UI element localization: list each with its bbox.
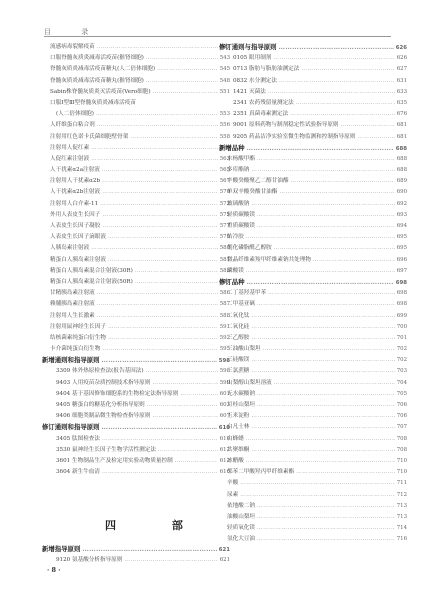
toc-entry-title: 0713 脂肪与脂肪油测定法 bbox=[233, 64, 299, 75]
toc-page-number: 681 bbox=[397, 120, 407, 131]
leader-dots bbox=[274, 378, 395, 389]
toc-entry-title: 轻质氧化镁 bbox=[227, 523, 255, 534]
toc-entry-title: 注射用人生长激素 bbox=[50, 311, 95, 322]
leader-dots bbox=[257, 389, 395, 400]
toc-entry-title: 人纤维蛋白粘合剂 bbox=[50, 120, 95, 131]
toc-entry-title: 2351 真菌毒素测定法 bbox=[233, 109, 288, 120]
leader-dots bbox=[130, 132, 217, 143]
leader-dots bbox=[357, 132, 394, 143]
leader-dots bbox=[153, 87, 218, 98]
toc-entry[interactable]: 二氧化硅700 bbox=[227, 322, 407, 333]
toc-page-number: 714 bbox=[397, 523, 407, 534]
toc-entry-title: 三硅酸镁 bbox=[227, 355, 249, 366]
toc-entry-title: 白凡士林 bbox=[227, 422, 249, 433]
toc-entry-title: 精蛋白人胰岛素混合注射液(50R) bbox=[50, 277, 133, 288]
leader-dots bbox=[91, 243, 218, 254]
toc-page-number: 631 bbox=[397, 76, 407, 87]
toc-page-number: 712 bbox=[397, 490, 407, 501]
leader-dots bbox=[257, 221, 395, 232]
toc-entry-title: 口服脊髓灰质炎减毒活疫苗(猴肾细胞) bbox=[50, 53, 144, 64]
leader-dots bbox=[146, 76, 218, 87]
toc-page-number: 633 bbox=[397, 87, 407, 98]
toc-entry-title: 9403 人用疫苗杂质控制技术指导原则 bbox=[56, 378, 150, 389]
toc-entry-title: 人胰岛素注射液 bbox=[50, 243, 89, 254]
toc-entry-title: 2341 农药残留量测定法 bbox=[233, 98, 294, 109]
toc-entry-title: 修订通则和指导原则 bbox=[42, 422, 100, 433]
toc-page-number: 676 bbox=[397, 109, 407, 120]
toc-entry[interactable]: 多库酯钠688 bbox=[227, 165, 407, 176]
toc-entry-title: 流感病毒裂解疫苗 bbox=[50, 42, 95, 53]
toc-entry[interactable]: 9001 原料药物与制剂稳定性试验指导原则681 bbox=[227, 120, 407, 131]
toc-page-number: 706 bbox=[397, 411, 407, 422]
toc-page-number: 690 bbox=[397, 187, 407, 198]
toc-entry[interactable]: 口服脊髓灰质炎减毒活疫苗(猴肾细胞)543 bbox=[50, 53, 230, 64]
toc-entry-title: 轻质碳酸镁 bbox=[227, 210, 255, 221]
toc-entry[interactable]: 玻璃酸钠692 bbox=[227, 199, 407, 210]
leader-dots bbox=[147, 400, 218, 411]
toc-entry[interactable]: 油酸山梨坦713 bbox=[227, 512, 407, 523]
toc-entry-title: Sabin株脊髓灰质炎灭活疫苗(Vero细胞) bbox=[50, 87, 151, 98]
toc-entry[interactable]: 9404 基于基因修饰细胞系的生物检定法指导原则601 bbox=[50, 389, 230, 400]
leader-dots bbox=[152, 411, 217, 422]
toc-page-number: 702 bbox=[397, 355, 407, 366]
leader-dots bbox=[257, 154, 395, 165]
toc-page-number: 695 bbox=[397, 243, 407, 254]
toc-page-number: 702 bbox=[397, 344, 407, 355]
toc-entry-title: 9405 糖蛋白的糖基化分析指导原则 bbox=[56, 400, 145, 411]
toc-entry[interactable]: 氢化大豆油716 bbox=[227, 534, 407, 545]
toc-page-number: 696 bbox=[397, 255, 407, 266]
toc-entry-title: 划化磷脂酰乙醇胺 bbox=[227, 243, 272, 254]
toc-entry-title: 结核菌素纯蛋白衍生物 bbox=[50, 333, 106, 344]
leader-dots bbox=[108, 322, 218, 333]
toc-entry[interactable]: 人表皮生长因子滴眼液579 bbox=[50, 232, 230, 243]
leader-dots bbox=[146, 53, 218, 64]
leader-dots bbox=[257, 210, 395, 221]
toc-entry-title: 三乙醇胺 bbox=[227, 333, 249, 344]
toc-section-heading[interactable]: 新增品种688 bbox=[219, 143, 407, 154]
toc-section-heading[interactable]: 新增指导原则621 bbox=[42, 544, 230, 555]
toc-entry[interactable]: 微晶纤维素羧甲纤维素钠共处理物696 bbox=[227, 255, 407, 266]
toc-entry[interactable]: 三硅酸镁702 bbox=[227, 355, 407, 366]
toc-entry-title: 9205 药品洁净实验室微生物监测和控制指导原则 bbox=[233, 132, 355, 143]
leader-dots bbox=[257, 534, 395, 545]
toc-entry[interactable]: 0105 眼用制剂626 bbox=[227, 53, 407, 64]
toc-entry[interactable]: 磷酸镁697 bbox=[227, 266, 407, 277]
toc-entry[interactable]: 邻苯二甲酸羟丙甲纤维素酯710 bbox=[227, 467, 407, 478]
toc-entry[interactable]: 结核菌素纯蛋白衍生物592 bbox=[50, 333, 230, 344]
toc-entry-title: 玉米淀粉 bbox=[227, 411, 249, 422]
toc-entry-title: 人表皮生长因子滴眼液 bbox=[50, 232, 106, 243]
toc-entry-title: 3405 肽图检查法 bbox=[56, 434, 100, 445]
toc-entry-title: 微晶纤维素羧甲纤维素钠共处理物 bbox=[227, 255, 311, 266]
leader-dots bbox=[102, 187, 218, 198]
page-number: · 8 · bbox=[47, 566, 61, 574]
toc-entry[interactable]: 注射用红色诺卡氏菌细胞壁骨架558 bbox=[50, 132, 230, 143]
toc-entry-title: 9001 原料药物与制剂稳定性试验指导原则 bbox=[233, 120, 339, 131]
toc-entry[interactable]: 精蛋白人胰岛素注射液581 bbox=[50, 255, 230, 266]
toc-entry[interactable]: 流感病毒裂解疫苗541 bbox=[50, 42, 230, 53]
toc-entry-title: 依地酸二钠 bbox=[227, 501, 255, 512]
toc-page-number: 708 bbox=[397, 434, 407, 445]
leader-dots bbox=[82, 544, 216, 555]
leader-dots bbox=[279, 42, 394, 53]
toc-page-number: 627 bbox=[397, 64, 407, 75]
leader-dots bbox=[97, 299, 218, 310]
toc-section-heading[interactable]: 修订品种698 bbox=[219, 277, 407, 288]
toc-entry[interactable]: 白蜂蜡708 bbox=[227, 434, 407, 445]
leader-dots bbox=[246, 232, 395, 243]
toc-entry[interactable]: 山梨醇山梨坦溶液704 bbox=[227, 378, 407, 389]
toc-entry[interactable]: 注射用人白介素-11572 bbox=[50, 199, 230, 210]
toc-entry[interactable]: 1421 灭菌法633 bbox=[227, 87, 407, 98]
toc-entry-title: 精蛋白人胰岛素混合注射液(30R) bbox=[50, 266, 133, 277]
leader-dots bbox=[124, 555, 217, 566]
leader-dots bbox=[257, 299, 395, 310]
toc-page-number: 704 bbox=[397, 378, 407, 389]
leader-dots bbox=[152, 378, 217, 389]
toc-entry[interactable]: 月桂山梨坦706 bbox=[227, 400, 407, 411]
toc-entry-title: 注射用红色诺卡氏菌细胞壁骨架 bbox=[50, 132, 128, 143]
leader-dots bbox=[268, 288, 395, 299]
toc-entry[interactable]: 注射用人生长激素588 bbox=[50, 311, 230, 322]
toc-entry-title: 注射用人干扰素α2b bbox=[50, 176, 100, 187]
toc-entry[interactable]: 人表皮生长因子凝胶577 bbox=[50, 221, 230, 232]
toc-entry[interactable]: 依地酸二钠713 bbox=[227, 501, 407, 512]
toc-entry[interactable]: 共聚维酮708 bbox=[227, 445, 407, 456]
toc-entry-title: 三氯蔗糖 bbox=[227, 366, 249, 377]
toc-entry[interactable]: 三氯蔗糖703 bbox=[227, 366, 407, 377]
leader-dots bbox=[102, 176, 218, 187]
toc-entry-title: 共聚维酮 bbox=[227, 445, 249, 456]
toc-entry-title: 甘精胰岛素注射液 bbox=[50, 288, 95, 299]
leader-dots bbox=[291, 176, 395, 187]
toc-entry-title: 人干扰素α2b注射液 bbox=[50, 187, 100, 198]
toc-entry[interactable]: 3405 肽图检查法610 bbox=[50, 434, 230, 445]
leader-dots bbox=[108, 255, 218, 266]
leader-dots bbox=[157, 64, 218, 75]
leader-dots bbox=[97, 42, 218, 53]
toc-entry[interactable]: Sabin株脊髓灰质炎灭活疫苗(Vero细胞)551 bbox=[50, 87, 230, 98]
leader-dots bbox=[91, 143, 218, 154]
toc-entry-title: 冰醋酸 bbox=[227, 456, 244, 467]
toc-entry[interactable]: (人二倍体细胞)553 bbox=[50, 109, 230, 120]
toc-page-number: 710 bbox=[397, 456, 407, 467]
toc-entry-title: 0832 水分测定法 bbox=[233, 76, 277, 87]
leader-dots bbox=[97, 288, 218, 299]
toc-entry[interactable]: 三油酸山梨坦702 bbox=[227, 344, 407, 355]
toc-entry-title: 二氧化钛 bbox=[227, 311, 249, 322]
header-rule bbox=[44, 36, 391, 37]
toc-page-number: 692 bbox=[397, 199, 407, 210]
toc-page-number: 708 bbox=[397, 445, 407, 456]
leader-dots bbox=[246, 434, 395, 445]
toc-entry[interactable]: 口服Ⅰ型Ⅲ型脊髓灰质炎减毒活疫苗 bbox=[50, 98, 230, 109]
toc-entry[interactable]: 精蛋白人胰岛素混合注射液(50R)584 bbox=[50, 277, 230, 288]
toc-entry[interactable]: 注射用人促红素560 bbox=[50, 143, 230, 154]
leader-dots bbox=[240, 490, 395, 501]
toc-entry-title: 三油酸山梨坦 bbox=[227, 344, 261, 355]
leader-dots bbox=[108, 333, 218, 344]
toc-entry-title: 油酸山梨坦 bbox=[227, 512, 255, 523]
toc-page-number: 681 bbox=[397, 132, 407, 143]
toc-entry[interactable]: 0713 脂肪与脂肪油测定法627 bbox=[227, 64, 407, 75]
toc-entry[interactable]: 二丁基羟基甲苯698 bbox=[227, 288, 407, 299]
toc-entry[interactable]: 卡介菌纯蛋白衍生物595 bbox=[50, 344, 230, 355]
toc-entry[interactable]: 脊髓灰质炎减毒活疫苗糖丸(人二倍体细胞)545 bbox=[50, 64, 230, 75]
toc-entry[interactable]: 水杨酸甲酯688 bbox=[227, 154, 407, 165]
toc-entry[interactable]: 9205 药品洁净实验室微生物监测和控制指导原则681 bbox=[227, 132, 407, 143]
toc-entry[interactable]: 赖脯胰岛素注射液587 bbox=[50, 299, 230, 310]
leader-dots bbox=[180, 389, 217, 400]
toc-entry[interactable]: 3601 生物制品生产及检定用实验动物质量控制612 bbox=[50, 456, 230, 467]
leader-dots bbox=[246, 456, 395, 467]
toc-right-column: 修订通则与指导原则6260105 眼用制剂6260713 脂肪与脂肪油测定法62… bbox=[227, 42, 407, 545]
toc-entry-title: 9404 基于基因修饰细胞系的生物检定法指导原则 bbox=[56, 389, 178, 400]
leader-dots bbox=[251, 322, 394, 333]
toc-entry-title: 卡介菌纯蛋白衍生物 bbox=[50, 344, 100, 355]
toc-entry-title: 白蜂蜡 bbox=[227, 434, 244, 445]
leader-dots bbox=[296, 467, 395, 478]
toc-entry[interactable]: 重质碳酸镁694 bbox=[227, 221, 407, 232]
toc-entry-title: 二氧化硅 bbox=[227, 322, 249, 333]
leader-dots bbox=[251, 333, 394, 344]
leader-dots bbox=[257, 523, 395, 534]
toc-entry-title: 二甲基亚砜 bbox=[227, 299, 255, 310]
toc-page-number: 710 bbox=[397, 467, 407, 478]
toc-entry-title: 玻璃酸钠 bbox=[227, 199, 249, 210]
leader-dots bbox=[91, 154, 218, 165]
leader-dots bbox=[135, 266, 218, 277]
toc-page-number: 688 bbox=[397, 165, 407, 176]
toc-page-number: 706 bbox=[397, 400, 407, 411]
toc-part4-entries: 新增指导原则6219120 氨基酸分析指导原则621 bbox=[50, 544, 230, 566]
toc-entry-title: 精蛋白人胰岛素注射液 bbox=[50, 255, 106, 266]
toc-entry[interactable]: 冰醋酸710 bbox=[227, 456, 407, 467]
toc-page-number: 693 bbox=[397, 210, 407, 221]
toc-entry[interactable]: 3309 体外热原检查法(报告基因法)598 bbox=[50, 366, 230, 377]
toc-entry[interactable]: 9406 细胞类制品微生物检查指导原则607 bbox=[50, 411, 230, 422]
toc-entry[interactable]: 人干扰素α2b注射液570 bbox=[50, 187, 230, 198]
toc-page-number: 689 bbox=[397, 176, 407, 187]
toc-section-heading[interactable]: 修订通则与指导原则626 bbox=[219, 42, 407, 53]
leader-dots bbox=[102, 165, 218, 176]
toc-entry[interactable]: 2341 农药残留量测定法635 bbox=[227, 98, 407, 109]
toc-entry[interactable]: 0832 水分测定法631 bbox=[227, 76, 407, 87]
leader-dots bbox=[102, 221, 217, 232]
leader-dots bbox=[257, 501, 395, 512]
toc-entry[interactable]: 辛酸癸酸聚乙二醇甘油酯689 bbox=[227, 176, 407, 187]
toc-entry[interactable]: 9120 氨基酸分析指导原则621 bbox=[50, 555, 230, 566]
leader-dots bbox=[251, 422, 394, 433]
leader-dots bbox=[251, 311, 394, 322]
toc-page-number: 688 bbox=[397, 154, 407, 165]
toc-entry[interactable]: 3530 鼠神经生长因子生物学活性测定法612 bbox=[50, 445, 230, 456]
toc-entry[interactable]: 9405 糖蛋白的糖基化分析指导原则603 bbox=[50, 400, 230, 411]
toc-entry-title: 人促红素注射液 bbox=[50, 154, 89, 165]
toc-entry-title: 单双辛酸癸酸甘油酯 bbox=[227, 187, 277, 198]
toc-entry-title: 新增通则和指导原则 bbox=[42, 355, 100, 366]
toc-page-number: 705 bbox=[397, 389, 407, 400]
leader-dots bbox=[102, 344, 217, 355]
toc-page-number: 707 bbox=[397, 422, 407, 433]
toc-entry-title: 邻苯二甲酸羟丙甲纤维素酯 bbox=[227, 467, 294, 478]
toc-entry-title: 无水碳酸钠 bbox=[227, 389, 255, 400]
leader-dots bbox=[263, 344, 395, 355]
toc-page-number: 711 bbox=[397, 478, 407, 489]
leader-dots bbox=[102, 355, 217, 366]
toc-entry-title: 氢化大豆油 bbox=[227, 534, 255, 545]
toc-entry-title: 3530 鼠神经生长因子生物学活性测定法 bbox=[56, 445, 156, 456]
toc-entry-title: 结冷胶 bbox=[227, 232, 244, 243]
toc-entry[interactable]: 人胰岛素注射液580 bbox=[50, 243, 230, 254]
leader-dots bbox=[257, 400, 395, 411]
leader-dots bbox=[97, 311, 218, 322]
toc-entry[interactable]: 轻质氧化镁714 bbox=[227, 523, 407, 534]
toc-entry[interactable]: 人纤维蛋白粘合剂556 bbox=[50, 120, 230, 131]
leader-dots bbox=[251, 366, 394, 377]
toc-entry-title: 山梨醇山梨坦溶液 bbox=[227, 378, 272, 389]
leader-dots bbox=[279, 76, 395, 87]
toc-entry-title: 辛酸 bbox=[227, 478, 238, 489]
toc-entry-title: 3604 新生牛血清 bbox=[56, 467, 100, 478]
toc-page-number: 703 bbox=[397, 366, 407, 377]
toc-entry[interactable]: 结冷胶695 bbox=[227, 232, 407, 243]
toc-entry-title: 9406 细胞类制品微生物检查指导原则 bbox=[56, 411, 150, 422]
leader-dots bbox=[102, 422, 217, 433]
toc-entry-title: 多库酯钠 bbox=[227, 165, 249, 176]
leader-dots bbox=[251, 165, 394, 176]
leader-dots bbox=[100, 199, 218, 210]
toc-entry-title: 月桂山梨坦 bbox=[227, 400, 255, 411]
toc-entry[interactable]: 尿素712 bbox=[227, 490, 407, 501]
toc-entry-title: 辛酸癸酸聚乙二醇甘油酯 bbox=[227, 176, 289, 187]
toc-entry[interactable]: 脊髓灰质炎减毒活疫苗糖丸(猴肾细胞)548 bbox=[50, 76, 230, 87]
toc-entry[interactable]: 注射用鼠神经生长因子591 bbox=[50, 322, 230, 333]
leader-dots bbox=[296, 98, 395, 109]
toc-entry-title: 修订通则与指导原则 bbox=[219, 42, 277, 53]
leader-dots bbox=[247, 143, 394, 154]
leader-dots bbox=[102, 210, 217, 221]
leader-dots bbox=[273, 53, 394, 64]
toc-page-number: 635 bbox=[397, 98, 407, 109]
leader-dots bbox=[313, 255, 395, 266]
toc-entry-title: 3601 生物制品生产及检定用实验动物质量控制 bbox=[56, 456, 173, 467]
leader-dots bbox=[251, 199, 394, 210]
toc-entry[interactable]: 外用人表皮生长因子575 bbox=[50, 210, 230, 221]
toc-entry[interactable]: 白凡士林707 bbox=[227, 422, 407, 433]
toc-page-number: 716 bbox=[397, 534, 407, 545]
toc-entry-title: 二丁基羟基甲苯 bbox=[227, 288, 266, 299]
toc-entry[interactable]: 三乙醇胺701 bbox=[227, 333, 407, 344]
toc-page-number: 713 bbox=[397, 512, 407, 523]
leader-dots bbox=[247, 277, 394, 288]
toc-entry[interactable]: 3604 新生牛血清616 bbox=[50, 467, 230, 478]
leader-dots bbox=[274, 243, 395, 254]
toc-entry-title: 9120 氨基酸分析指导原则 bbox=[56, 555, 122, 566]
leader-dots bbox=[175, 456, 218, 467]
toc-entry-title: 修订品种 bbox=[219, 277, 245, 288]
leader-dots bbox=[341, 120, 395, 131]
toc-entry[interactable]: 轻质碳酸镁693 bbox=[227, 210, 407, 221]
toc-entry-title: 人干扰素α2a注射液 bbox=[50, 165, 100, 176]
toc-entry-title: 注射用人促红素 bbox=[50, 143, 89, 154]
toc-page-number: 695 bbox=[397, 232, 407, 243]
toc-page-number: 697 bbox=[397, 266, 407, 277]
leader-dots bbox=[158, 445, 218, 456]
toc-entry-title: 重质碳酸镁 bbox=[227, 221, 255, 232]
leader-dots bbox=[251, 355, 394, 366]
toc-entry[interactable]: 无水碳酸钠705 bbox=[227, 389, 407, 400]
toc-entry[interactable]: 注射用人干扰素α2b567 bbox=[50, 176, 230, 187]
leader-dots bbox=[135, 277, 218, 288]
toc-entry[interactable]: 人促红素注射液563 bbox=[50, 154, 230, 165]
leader-dots bbox=[251, 411, 394, 422]
toc-page-number: 713 bbox=[397, 501, 407, 512]
toc-entry[interactable]: 二甲基亚砜698 bbox=[227, 299, 407, 310]
leader-dots bbox=[257, 512, 395, 523]
toc-page-number: 699 bbox=[397, 311, 407, 322]
toc-entry-title: 注射用人白介素-11 bbox=[50, 199, 98, 210]
toc-page-number: 700 bbox=[397, 322, 407, 333]
toc-entry[interactable]: 辛酸711 bbox=[227, 478, 407, 489]
toc-entry[interactable]: 2351 真菌毒素测定法676 bbox=[227, 109, 407, 120]
leader-dots bbox=[102, 434, 218, 445]
toc-page-number: 621 bbox=[220, 555, 230, 566]
toc-page-number: 626 bbox=[397, 53, 407, 64]
toc-entry[interactable]: 甘精胰岛素注射液586 bbox=[50, 288, 230, 299]
toc-page-number: 701 bbox=[397, 333, 407, 344]
toc-section-heading[interactable]: 修订通则和指导原则610 bbox=[42, 422, 230, 433]
toc-section-heading[interactable]: 新增通则和指导原则598 bbox=[42, 355, 230, 366]
toc-entry-title: 脊髓灰质炎减毒活疫苗糖丸(猴肾细胞) bbox=[50, 76, 144, 87]
toc-entry-title: 1421 灭菌法 bbox=[233, 87, 266, 98]
toc-entry-title: 0105 眼用制剂 bbox=[233, 53, 271, 64]
leader-dots bbox=[108, 232, 218, 243]
toc-entry[interactable]: 9403 人用疫苗杂质控制技术指导原则599 bbox=[50, 378, 230, 389]
toc-entry-title: 新增品种 bbox=[219, 143, 245, 154]
toc-entry[interactable]: 精蛋白人胰岛素混合注射液(30R)583 bbox=[50, 266, 230, 277]
toc-entry[interactable]: 划化磷脂酰乙醇胺695 bbox=[227, 243, 407, 254]
toc-entry[interactable]: 单双辛酸癸酸甘油酯690 bbox=[227, 187, 407, 198]
toc-entry-title: 注射用鼠神经生长因子 bbox=[50, 322, 106, 333]
toc-entry-title: 磷酸镁 bbox=[227, 266, 244, 277]
toc-entry-title: (人二倍体细胞) bbox=[56, 109, 94, 120]
leader-dots bbox=[268, 87, 395, 98]
toc-entry[interactable]: 玉米淀粉706 bbox=[227, 411, 407, 422]
leader-dots bbox=[246, 266, 395, 277]
toc-entry-title: 赖脯胰岛素注射液 bbox=[50, 299, 95, 310]
leader-dots bbox=[97, 120, 218, 131]
leader-dots bbox=[96, 109, 218, 120]
leader-dots bbox=[102, 467, 218, 478]
toc-entry-title: 外用人表皮生长因子 bbox=[50, 210, 100, 221]
toc-entry-title: 新增指导原则 bbox=[42, 544, 80, 555]
toc-left-column: 流感病毒裂解疫苗541口服脊髓灰质炎减毒活疫苗(猴肾细胞)543脊髓灰质炎减毒活… bbox=[50, 42, 230, 478]
part-title: 四 部 bbox=[105, 517, 209, 533]
leader-dots bbox=[251, 445, 394, 456]
toc-entry-title: 尿素 bbox=[227, 490, 238, 501]
leader-dots bbox=[279, 187, 394, 198]
toc-entry-title: 脊髓灰质炎减毒活疫苗糖丸(人二倍体细胞) bbox=[50, 64, 155, 75]
toc-page-number: 698 bbox=[397, 299, 407, 310]
toc-entry[interactable]: 二氧化钛699 bbox=[227, 311, 407, 322]
toc-entry[interactable]: 人干扰素α2a注射液565 bbox=[50, 165, 230, 176]
toc-entry-title: 3309 体外热原检查法(报告基因法) bbox=[56, 366, 144, 377]
toc-page-number: 694 bbox=[397, 221, 407, 232]
toc-page-number: 698 bbox=[397, 288, 407, 299]
toc-entry-title: 人表皮生长因子凝胶 bbox=[50, 221, 100, 232]
